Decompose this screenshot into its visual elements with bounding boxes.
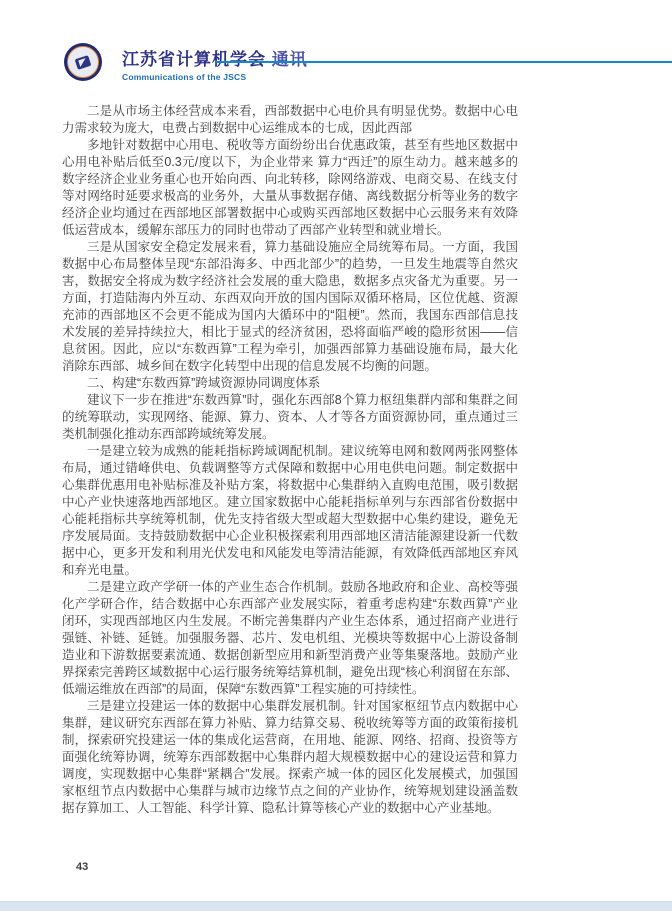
paragraph: 二是从市场主体经营成本来看，西部数据中心电价具有明显优势。数据中心电力需求较为庞… [62,103,518,137]
document-page: 江苏省计算机学会 通讯 Communications of the JSCS 二… [0,0,672,914]
page-number: 43 [76,861,88,873]
computer-glyph-icon [75,55,92,70]
journal-title-block: 江苏省计算机学会 通讯 Communications of the JSCS [122,45,308,82]
journal-subtitle-en: Communications of the JSCS [122,72,308,82]
footer-bar [0,901,672,911]
logo-ring [67,46,99,78]
paragraph: 三是建立投建运一体的数据中心集群发展机制。针对国家枢纽节点内数据中心集群，建议研… [62,698,518,817]
journal-title-cn: 江苏省计算机学会 [122,50,266,69]
header-divider [216,61,672,63]
journal-header: 江苏省计算机学会 通讯 Communications of the JSCS [0,0,672,96]
jscs-logo-icon [64,43,102,81]
section-heading: 二、构建“东数西算”跨域资源协同调度体系 [62,375,518,392]
journal-title-suffix: 通讯 [272,50,308,69]
paragraph: 三是从国家安全稳定发展来看，算力基础设施应全局统筹布局。一方面，我国数据中心布局… [62,239,518,375]
journal-title: 江苏省计算机学会 通讯 [122,45,308,70]
paragraph: 建议下一步在推进“东数西算”时，强化东西部8个算力枢纽集群内部和集群之间的统筹联… [62,392,518,443]
paragraph: 二是建立政产学研一体的产业生态合作机制。鼓励各地政府和企业、高校等强化产学研合作… [62,579,518,698]
paragraph: 一是建立较为成熟的能耗指标跨域调配机制。建议统筹电网和数网两张网整体布局，通过错… [62,443,518,579]
article-body: 二是从市场主体经营成本来看，西部数据中心电价具有明显优势。数据中心电力需求较为庞… [62,103,518,817]
paragraph: 多地针对数据中心用电、税收等方面纷纷出台优惠政策，甚至有些地区数据中心用电补贴后… [62,137,518,239]
